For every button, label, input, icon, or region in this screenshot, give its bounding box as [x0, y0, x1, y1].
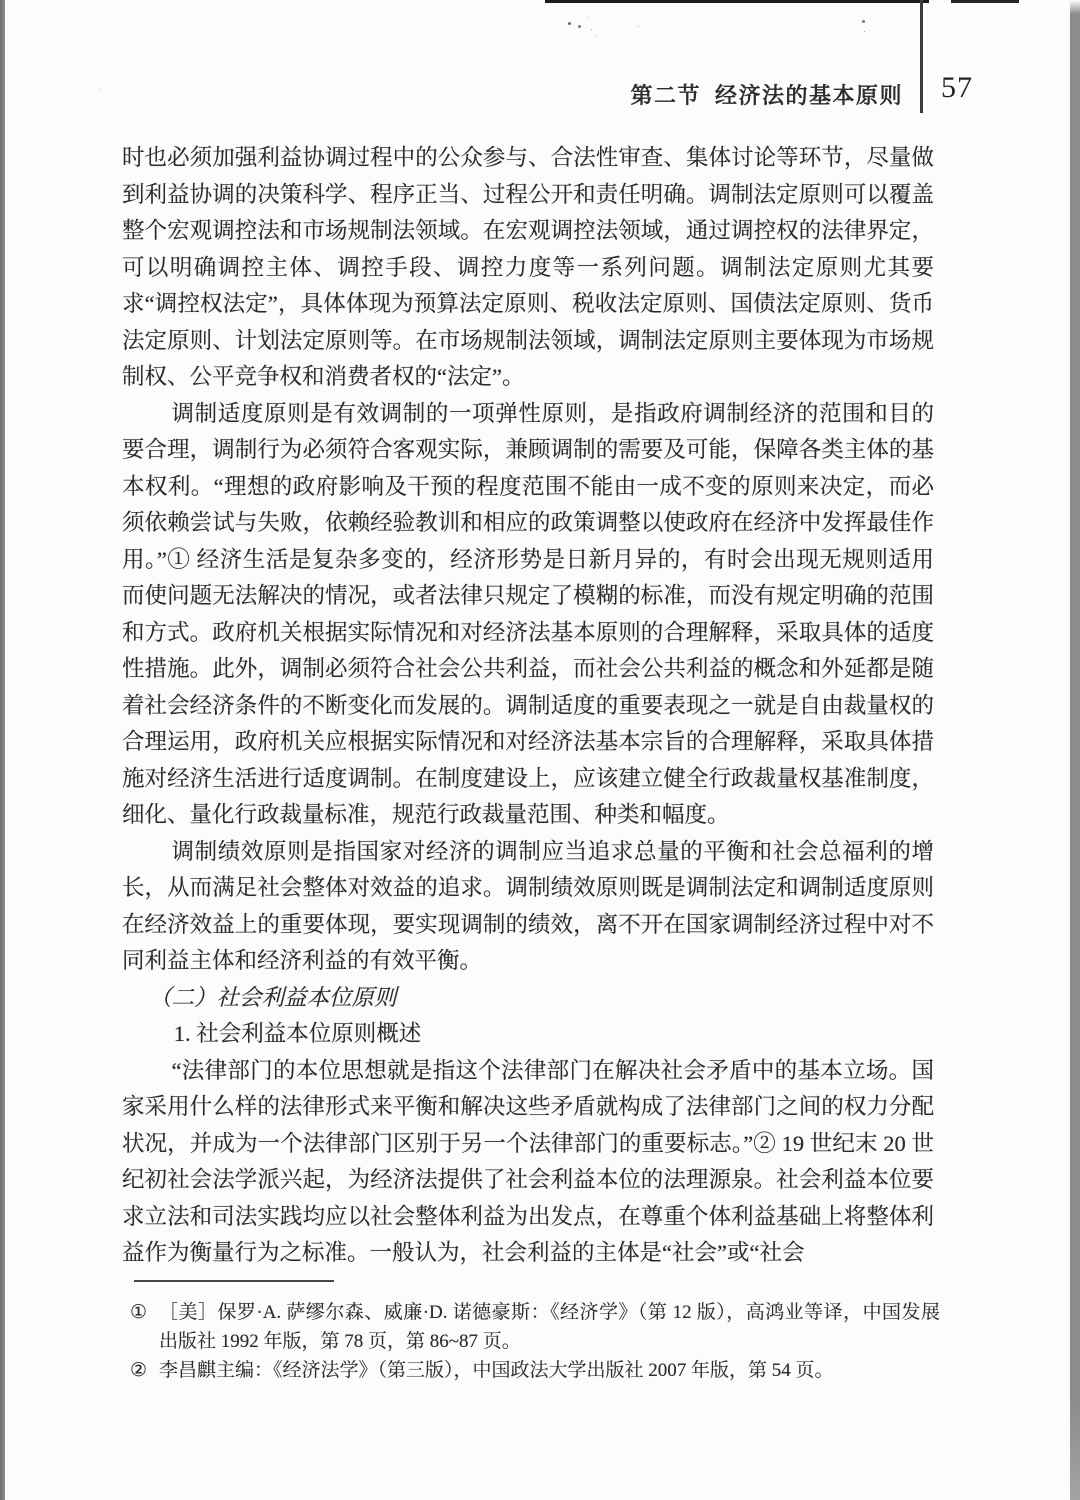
footnote-separator-rule	[134, 1280, 334, 1282]
scanned-book-page: 第二节经济法的基本原则 57 时也必须加强利益协调过程中的公众参与、合法性审查、…	[0, 0, 1080, 1500]
footnote: ②李昌麒主编：《经济法学》（第三版），中国政法大学出版社 2007 年版，第 5…	[122, 1356, 940, 1385]
body-text: 时也必须加强利益协调过程中的公众参与、合法性审查、集体讨论等环节，尽量做到利益协…	[122, 140, 934, 1272]
section-title: 经济法的基本原则	[715, 83, 903, 108]
paragraph: 调制适度原则是有效调制的一项弹性原则，是指政府调制经济的范围和目的要合理，调制行…	[122, 396, 934, 834]
paragraph-continuation: 时也必须加强利益协调过程中的公众参与、合法性审查、集体讨论等环节，尽量做到利益协…	[122, 140, 934, 396]
scan-right-edge-strip	[1070, 0, 1080, 1500]
footnote-marker: ①	[130, 1298, 147, 1327]
paragraph: 调制绩效原则是指国家对经济的调制应当追求总量的平衡和社会总福利的增长，从而满足社…	[122, 834, 934, 980]
subsection-heading: （二）社会利益本位原则	[122, 980, 934, 1017]
scan-speck-artifacts	[568, 22, 571, 25]
paragraph: “法律部门的本位思想就是指这个法律部门在解决社会矛盾中的基本立场。国家采用什么样…	[122, 1053, 934, 1272]
footnotes: ①［美］保罗·A. 萨缪尔森、威廉·D. 诺德豪斯：《经济学》（第 12 版），…	[122, 1298, 940, 1385]
scan-left-edge-strip	[0, 0, 5, 1500]
scan-top-artifact-line	[545, 0, 929, 3]
page-number: 57	[941, 71, 973, 105]
sub-subsection-heading: 1. 社会利益本位原则概述	[122, 1016, 934, 1053]
footnote: ①［美］保罗·A. 萨缪尔森、威廉·D. 诺德豪斯：《经济学》（第 12 版），…	[122, 1298, 940, 1356]
section-label: 第二节	[630, 83, 701, 108]
footnote-marker: ②	[130, 1356, 147, 1385]
header-divider-rule	[920, 0, 923, 113]
scan-top-artifact-line	[951, 0, 1019, 3]
running-head: 第二节经济法的基本原则	[630, 79, 903, 110]
footnote-text: 李昌麒主编：《经济法学》（第三版），中国政法大学出版社 2007 年版，第 54…	[159, 1360, 834, 1381]
footnote-text: ［美］保罗·A. 萨缪尔森、威廉·D. 诺德豪斯：《经济学》（第 12 版），高…	[159, 1302, 940, 1352]
